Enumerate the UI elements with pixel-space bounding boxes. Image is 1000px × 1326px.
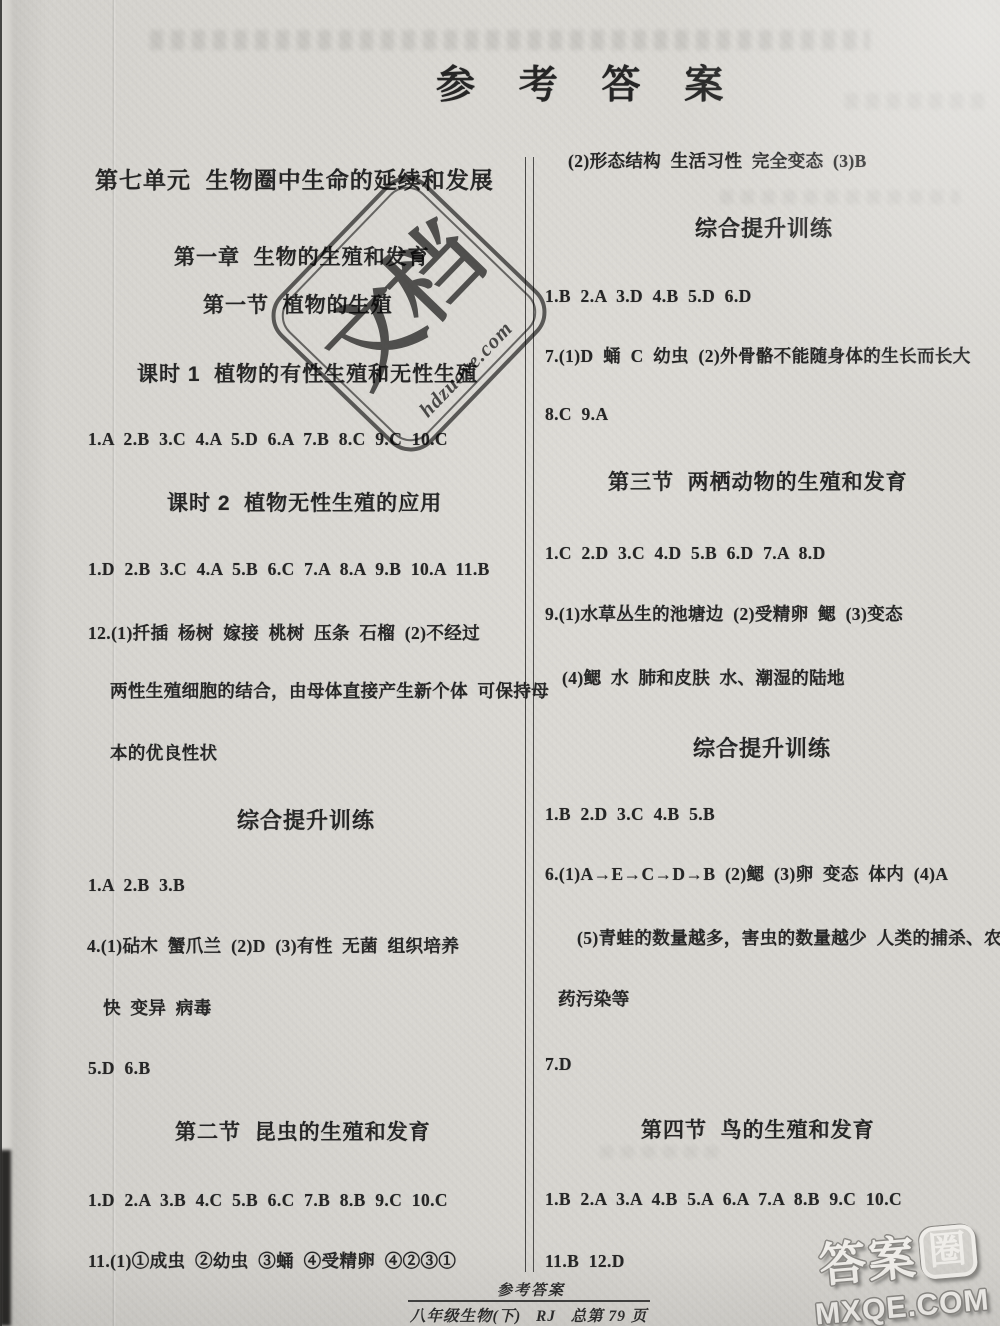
answer-line: 1.A 2.B 3.B	[88, 875, 185, 895]
scan-edge-band	[2, 0, 14, 1326]
answer-line: 11.B 12.D	[545, 1251, 625, 1271]
brand-watermark: 答案 圈 MXQE.COM	[808, 1215, 991, 1326]
footer-book-info: 八年级生物(下) RJ 总第 79 页	[410, 1304, 647, 1326]
answer-line: 7.D	[545, 1054, 572, 1074]
footer-label: 参考答案	[497, 1279, 565, 1300]
unit-heading: 第七单元 生物圈中生命的延续和发展	[95, 167, 494, 193]
training-heading: 综合提升训练	[693, 736, 831, 761]
footer-rule	[408, 1300, 650, 1302]
answer-line: 11.(1)①成虫 ②幼虫 ③蛹 ④受精卵 ④②③①	[88, 1251, 456, 1271]
answer-line: 1.D 2.B 3.C 4.A 5.B 6.C 7.A 8.A 9.B 10.A…	[88, 559, 490, 579]
scan-edge-line	[0, 0, 2, 1326]
answer-line: (5)青蛙的数量越多，害虫的数量越少 人类的捕杀、农	[577, 928, 1000, 948]
scan-edge-shadow	[0, 1150, 11, 1326]
answer-line: 8.C 9.A	[545, 404, 608, 424]
answer-line: 9.(1)水草丛生的池塘边 (2)受精卵 鳃 (3)变态	[545, 604, 903, 624]
section3-heading: 第三节 两栖动物的生殖和发育	[608, 471, 908, 495]
answer-line: 药污染等	[558, 989, 630, 1009]
answer-line: 6.(1)A→E→C→D→B (2)鳃 (3)卵 变态 体内 (4)A	[545, 864, 948, 884]
watermark-brand-text: 答案	[816, 1221, 919, 1296]
paper-crease	[112, 0, 116, 1326]
page-title: 参 考 答 案	[436, 64, 740, 109]
scanned-answer-page: 参 考 答 案 第七单元 生物圈中生命的延续和发展 第一章 生物的生殖和发育 第…	[0, 0, 1000, 1326]
answer-line: 7.(1)D 蛹 C 幼虫 (2)外骨骼不能随身体的生长而长大	[545, 346, 971, 366]
answer-line: 1.C 2.D 3.C 4.D 5.B 6.D 7.A 8.D	[545, 543, 826, 563]
section2-heading: 第二节 昆虫的生殖和发育	[175, 1121, 431, 1145]
answer-line: 5.D 6.B	[88, 1058, 151, 1078]
answer-line: 1.D 2.A 3.B 4.C 5.B 6.C 7.B 8.B 9.C 10.C	[88, 1190, 448, 1210]
answer-line: 1.B 2.D 3.C 4.B 5.B	[545, 804, 715, 824]
bleed-through-artifact	[845, 93, 985, 109]
bleed-through-artifact	[720, 190, 960, 204]
answer-line: (4)鳃 水 肺和皮肤 水、潮湿的陆地	[562, 668, 845, 688]
answer-line: 1.B 2.A 3.A 4.B 5.A 6.A 7.A 8.B 9.C 10.C	[545, 1189, 902, 1209]
answer-line: 两性生殖细胞的结合，由母体直接产生新个体 可保持母	[110, 681, 549, 701]
lesson2-heading: 课时 2 植物无性生殖的应用	[167, 492, 442, 516]
bleed-through-artifact	[600, 1146, 720, 1158]
training-heading: 综合提升训练	[237, 808, 375, 833]
bleed-through-artifact	[150, 30, 870, 50]
answer-line: (2)形态结构 生活习性 完全变态 (3)B	[568, 151, 867, 171]
answer-line: 1.B 2.A 3.D 4.B 5.D 6.D	[545, 286, 752, 306]
answer-line: 12.(1)扦插 杨树 嫁接 桃树 压条 石榴 (2)不经过	[88, 623, 480, 643]
section4-heading: 第四节 鸟的生殖和发育	[641, 1119, 875, 1143]
watermark-circle-logo: 圈	[918, 1223, 978, 1280]
answer-line: 本的优良性状	[110, 743, 217, 763]
document-stamp: 文档 hdzuoye.com	[259, 164, 559, 464]
training-heading: 综合提升训练	[695, 216, 833, 241]
answer-line: 快 变异 病毒	[103, 998, 212, 1018]
answer-line: 4.(1)砧木 蟹爪兰 (2)D (3)有性 无菌 组织培养	[87, 936, 459, 956]
